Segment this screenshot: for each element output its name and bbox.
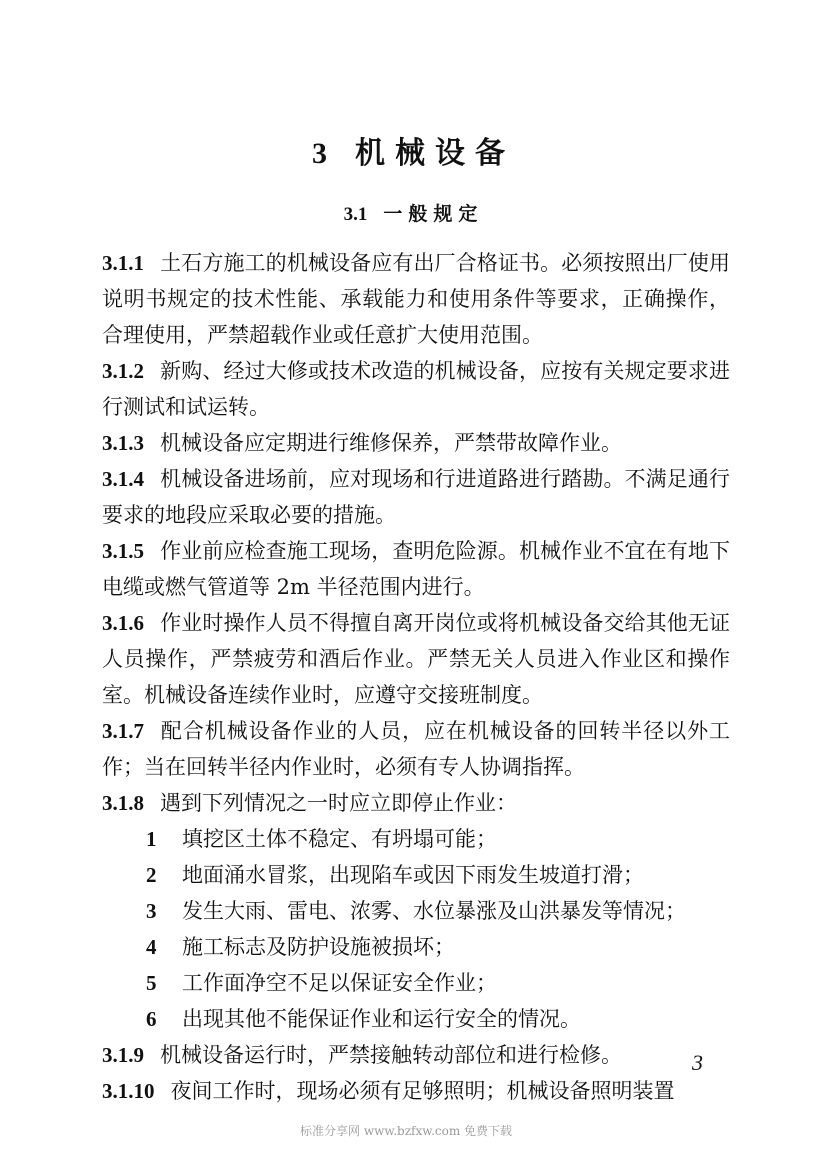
clause-3-1-9: 3.1.9机械设备运行时，严禁接触转动部位和进行检修。 xyxy=(102,1037,730,1073)
clause-3-1-4: 3.1.4机械设备进场前，应对现场和行进道路进行踏勘。不满足通行要求的地段应采取… xyxy=(102,461,730,533)
clause-text: 作业前应检查施工现场，查明危险源。机械作业不宜在有地下电缆或燃气管道等 2m 半… xyxy=(102,539,730,599)
clause-number: 3.1.3 xyxy=(102,431,144,455)
page-number: 3 xyxy=(692,1050,703,1076)
clause-number: 3.1.9 xyxy=(102,1043,144,1067)
document-body: 3.1.1土石方施工的机械设备应有出厂合格证书。必须按照出厂使用说明书规定的技术… xyxy=(102,245,730,1109)
clause-3-1-7: 3.1.7配合机械设备作业的人员，应在机械设备的回转半径以外工作；当在回转半径内… xyxy=(102,713,730,785)
clause-3-1-5: 3.1.5作业前应检查施工现场，查明危险源。机械作业不宜在有地下电缆或燃气管道等… xyxy=(102,533,730,605)
section-title: 3.1一般规定 xyxy=(0,199,827,226)
item-text: 填挖区土体不稳定、有坍塌可能； xyxy=(182,827,497,851)
list-item: 3发生大雨、雷电、浓雾、水位暴涨及山洪暴发等情况； xyxy=(102,893,730,929)
clause-3-1-6: 3.1.6作业时操作人员不得擅自离开岗位或将机械设备交给其他无证人员操作，严禁疲… xyxy=(102,605,730,713)
watermark: 标准分享网 www.bzfxw.com 免费下载 xyxy=(300,1122,512,1139)
clause-3-1-1: 3.1.1土石方施工的机械设备应有出厂合格证书。必须按照出厂使用说明书规定的技术… xyxy=(102,245,730,353)
chapter-title-text: 机械设备 xyxy=(355,136,515,171)
clause-3-1-10: 3.1.10夜间工作时，现场必须有足够照明；机械设备照明装置 xyxy=(102,1073,730,1109)
chapter-title: 3机械设备 xyxy=(0,128,827,172)
clause-number: 3.1.6 xyxy=(102,611,144,635)
list-item: 6出现其他不能保证作业和运行安全的情况。 xyxy=(102,1001,730,1037)
list-item: 2地面涌水冒浆，出现陷车或因下雨发生坡道打滑； xyxy=(102,857,730,893)
clause-number: 3.1.10 xyxy=(102,1079,155,1103)
item-text: 出现其他不能保证作业和运行安全的情况。 xyxy=(182,1007,581,1031)
item-text: 发生大雨、雷电、浓雾、水位暴涨及山洪暴发等情况； xyxy=(182,899,686,923)
clause-number: 3.1.4 xyxy=(102,467,144,491)
item-number: 1 xyxy=(146,821,182,857)
section-number: 3.1 xyxy=(344,204,368,225)
clause-text: 新购、经过大修或技术改造的机械设备，应按有关规定要求进行测试和试运转。 xyxy=(102,359,730,419)
item-number: 2 xyxy=(146,857,182,893)
clause-3-1-8: 3.1.8遇到下列情况之一时应立即停止作业： xyxy=(102,785,730,821)
clause-text: 配合机械设备作业的人员，应在机械设备的回转半径以外工作；当在回转半径内作业时，必… xyxy=(102,719,730,779)
section-title-text: 一般规定 xyxy=(383,203,483,225)
clause-number: 3.1.8 xyxy=(102,791,144,815)
clause-text: 机械设备应定期进行维修保养，严禁带故障作业。 xyxy=(160,431,622,455)
list-item: 4施工标志及防护设施被损坏； xyxy=(102,929,730,965)
clause-number: 3.1.7 xyxy=(102,719,144,743)
clause-text: 夜间工作时，现场必须有足够照明；机械设备照明装置 xyxy=(171,1079,675,1103)
item-text: 地面涌水冒浆，出现陷车或因下雨发生坡道打滑； xyxy=(182,863,644,887)
clause-text: 机械设备运行时，严禁接触转动部位和进行检修。 xyxy=(160,1043,622,1067)
clause-text: 遇到下列情况之一时应立即停止作业： xyxy=(160,791,517,815)
list-item: 1填挖区土体不稳定、有坍塌可能； xyxy=(102,821,730,857)
item-number: 3 xyxy=(146,893,182,929)
item-text: 工作面净空不足以保证安全作业； xyxy=(182,971,497,995)
item-number: 4 xyxy=(146,929,182,965)
clause-3-1-3: 3.1.3机械设备应定期进行维修保养，严禁带故障作业。 xyxy=(102,425,730,461)
item-number: 5 xyxy=(146,965,182,1001)
clause-text: 机械设备进场前，应对现场和行进道路进行踏勘。不满足通行要求的地段应采取必要的措施… xyxy=(102,467,730,527)
clause-number: 3.1.5 xyxy=(102,539,144,563)
clause-number: 3.1.2 xyxy=(102,359,144,383)
list-item: 5工作面净空不足以保证安全作业； xyxy=(102,965,730,1001)
clause-text: 土石方施工的机械设备应有出厂合格证书。必须按照出厂使用说明书规定的技术性能、承载… xyxy=(102,251,730,347)
clause-number: 3.1.1 xyxy=(102,251,144,275)
clause-text: 作业时操作人员不得擅自离开岗位或将机械设备交给其他无证人员操作，严禁疲劳和酒后作… xyxy=(102,611,730,707)
item-number: 6 xyxy=(146,1001,182,1037)
item-text: 施工标志及防护设施被损坏； xyxy=(182,935,455,959)
chapter-number: 3 xyxy=(312,137,337,170)
clause-3-1-2: 3.1.2新购、经过大修或技术改造的机械设备，应按有关规定要求进行测试和试运转。 xyxy=(102,353,730,425)
